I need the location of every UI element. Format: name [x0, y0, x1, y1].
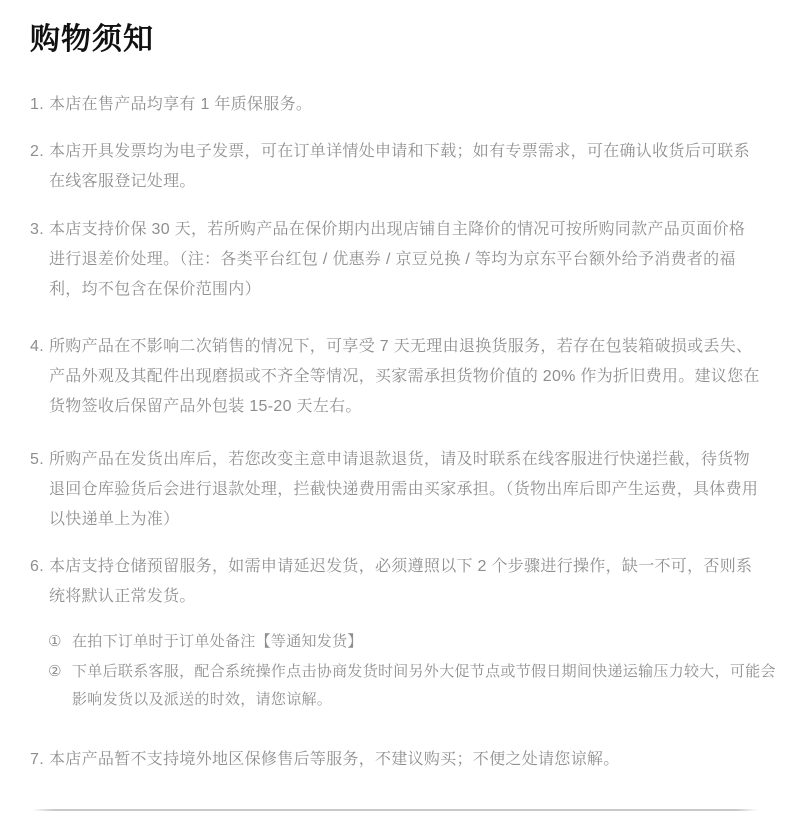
- item-number: 7.: [30, 745, 49, 775]
- shopping-notice-page: 购物须知 1. 本店在售产品均享有 1 年质保服务。 2. 本店开具发票均为电子…: [0, 0, 790, 830]
- item-text: 本店在售产品均享有 1 年质保服务。: [49, 90, 760, 120]
- sub-item-marker: ②: [48, 658, 72, 686]
- notice-item-6: 6. 本店支持仓储预留服务，如需申请延迟发货，必须遵照以下 2 个步骤进行操作，…: [30, 552, 760, 714]
- item-text: 所购产品在不影响二次销售的情况下，可享受 7 天无理由退换货服务，若存在包装箱破…: [49, 332, 760, 422]
- notice-item-3: 3. 本店支持价保 30 天，若所购产品在保价期内出现店铺自主降价的情况可按所购…: [30, 215, 760, 305]
- notice-item-5: 5. 所购产品在发货出库后，若您改变主意申请退款退货，请及时联系在线客服进行快递…: [30, 445, 760, 535]
- item-text: 本店支持价保 30 天，若所购产品在保价期内出现店铺自主降价的情况可按所购同款产…: [49, 215, 760, 305]
- delay-shipping-steps: ① 在拍下订单时于订单处备注【等通知发货】 ② 下单后联系客服，配合系统操作点击…: [48, 628, 778, 714]
- item-text: 本店支持仓储预留服务，如需申请延迟发货，必须遵照以下 2 个步骤进行操作，缺一不…: [49, 552, 760, 612]
- notice-item-2: 2. 本店开具发票均为电子发票，可在订单详情处申请和下载；如有专票需求，可在确认…: [30, 137, 760, 197]
- item-number: 6.: [30, 552, 49, 582]
- page-title: 购物须知: [30, 22, 760, 58]
- item-number: 5.: [30, 445, 49, 475]
- item-number: 4.: [30, 332, 49, 362]
- item-text: 所购产品在发货出库后，若您改变主意申请退款退货，请及时联系在线客服进行快递拦截，…: [49, 445, 760, 535]
- item-number: 3.: [30, 215, 49, 245]
- sub-item-text: 下单后联系客服，配合系统操作点击协商发货时间另外大促节点或节假日期间快递运输压力…: [72, 658, 778, 714]
- notice-item-4: 4. 所购产品在不影响二次销售的情况下，可享受 7 天无理由退换货服务，若存在包…: [30, 332, 760, 422]
- section-divider: [32, 809, 758, 811]
- sub-item-text: 在拍下订单时于订单处备注【等通知发货】: [72, 628, 778, 656]
- item-number: 1.: [30, 90, 49, 120]
- item-number: 2.: [30, 137, 49, 167]
- sub-item-1: ① 在拍下订单时于订单处备注【等通知发货】: [48, 628, 778, 656]
- sub-item-2: ② 下单后联系客服，配合系统操作点击协商发货时间另外大促节点或节假日期间快递运输…: [48, 658, 778, 714]
- item-text: 本店开具发票均为电子发票，可在订单详情处申请和下载；如有专票需求，可在确认收货后…: [49, 137, 760, 197]
- sub-item-marker: ①: [48, 628, 72, 656]
- notice-list: 1. 本店在售产品均享有 1 年质保服务。 2. 本店开具发票均为电子发票，可在…: [30, 90, 760, 775]
- item-text: 本店产品暂不支持境外地区保修售后等服务，不建议购买；不便之处请您谅解。: [49, 745, 760, 775]
- notice-item-7: 7. 本店产品暂不支持境外地区保修售后等服务，不建议购买；不便之处请您谅解。: [30, 745, 760, 775]
- notice-item-1: 1. 本店在售产品均享有 1 年质保服务。: [30, 90, 760, 120]
